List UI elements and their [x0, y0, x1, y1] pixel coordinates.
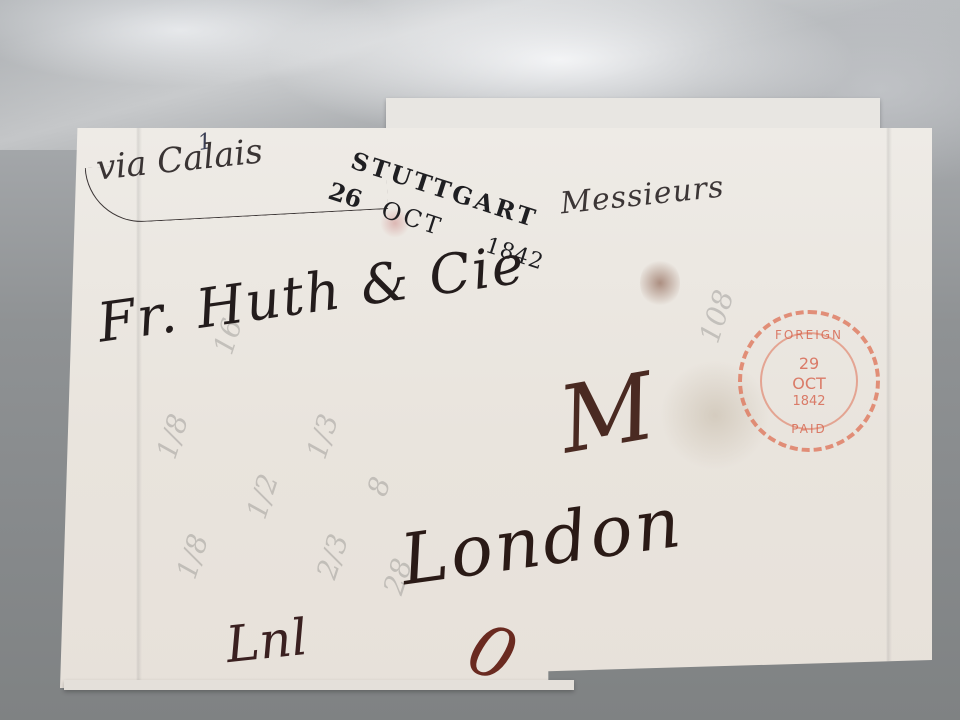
handstamp-day: 26 — [325, 176, 366, 214]
datestamp-top-text: FOREIGN — [742, 328, 876, 342]
datestamp-year: 1842 — [742, 394, 876, 409]
datestamp-day: 29 — [742, 354, 876, 373]
datestamp-month: OCT — [742, 374, 876, 393]
datestamp-bottom-text: PAID — [742, 422, 876, 436]
bottom-notation: Lnl — [223, 608, 310, 674]
ink-stain — [640, 258, 680, 308]
red-receiving-datestamp: FOREIGN 29 OCT 1842 PAID — [738, 310, 880, 452]
rate-mark: M — [551, 353, 662, 475]
